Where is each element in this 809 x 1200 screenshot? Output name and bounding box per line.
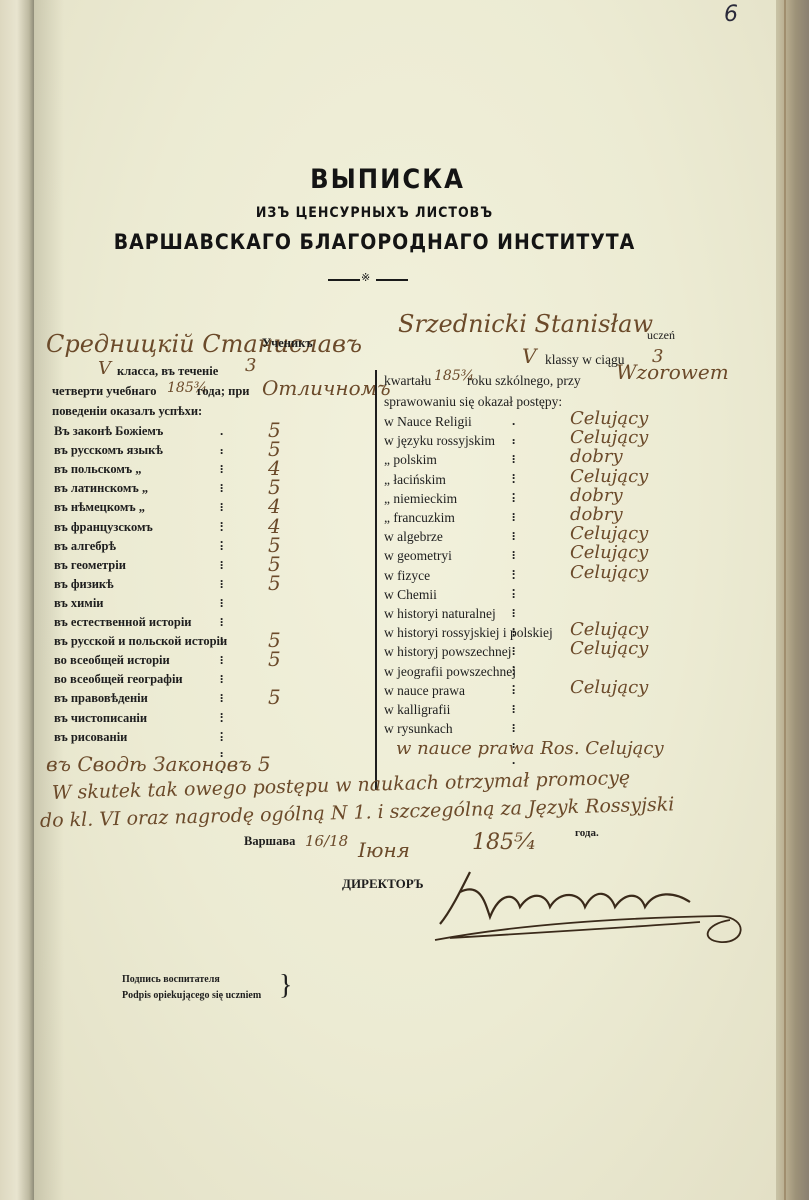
subject-label: w historyi naturalnej [384,606,496,622]
subject-label: w historyj powszechnej [384,644,511,660]
subject-grade: Celujący [570,466,648,487]
subject-label: „ niemieckim [384,491,457,507]
subject-grade: 5 [268,571,281,595]
subject-grade: Celujący [570,408,648,429]
class-value-pl: V [522,344,536,368]
subject-label: w algebrze [384,529,443,545]
page-number: 6 [724,2,738,27]
subject-label: „ francuzkim [384,510,455,526]
class-value-ru: V [98,358,111,379]
date-day: 16/18 [305,832,348,850]
quarter-label-pl: kwartału [384,373,431,389]
student-label-pl: uczeń [647,328,675,343]
date-month: Iюня [358,838,410,862]
subject-label: въ алгебрѣ [54,539,116,554]
place-label: Варшава [244,834,295,849]
year-label: года. [575,827,599,839]
subject-grade: Celujący [570,677,648,698]
subject-label: въ чистописаніи [54,711,147,726]
ornament-icon: ※ [361,271,370,284]
subject-label: въ русскомъ языкѣ [54,443,163,458]
subject-label: w fizyce [384,568,430,584]
brace-icon: } [279,970,292,1002]
subject-label: въ нѣмецкомъ „ [54,500,145,515]
document-subtitle: ИЗЪ ЦЕНСУРНЫХЪ ЛИСТОВЪ [0,205,779,221]
subject-grade: dobry [570,504,623,525]
subject-label: w Chemii [384,587,437,603]
ornament-divider: ※ [328,276,408,284]
subject-grade: 5 [268,685,281,709]
handwritten-note-pl: w nauce prawa Ros. Celujący [396,738,664,759]
subject-grade: Celujący [570,542,648,563]
class-label-ru: класса, въ теченіе [117,364,218,379]
date-year: 185⁵⁄₄ [472,830,535,855]
quarter-value-ru: 3 [245,355,256,376]
subject-label: въ французскомъ [54,520,153,535]
subject-label: въ рисованіи [54,730,127,745]
subject-label: во всеобщей географіи [54,672,183,687]
conduct-label-ru: поведеніи оказалъ успѣхи: [52,404,202,419]
subject-grade: 5 [268,647,281,671]
student-name-ru: Средницкiй Станиславъ [46,330,362,358]
director-label: ДИРЕКТОРЪ [342,876,424,892]
quarter-label-ru: четверти учебнаго [52,384,156,399]
signature-flourish-icon [430,862,750,952]
handwritten-note-ru: въ Сводѣ Законовъ 5 [46,752,271,776]
subject-label: w rysunkach [384,721,453,737]
subject-label: w nauce prawa [384,683,465,699]
subject-grade: Celujący [570,523,648,544]
subject-label: въ польскомъ „ [54,462,142,477]
institution-name: ВАРШАВСКАГО БЛАГОРОДНАГО ИНСТИТУТА [0,230,779,254]
subject-grade: dobry [570,446,623,467]
subject-label: w Nauce Religii [384,414,472,430]
subject-label: w geometryi [384,548,452,564]
student-label-ru: Ученикъ [262,336,313,351]
subject-label: въ геометріи [54,558,126,573]
subject-grade: dobry [570,485,623,506]
subject-grade: Celujący [570,562,648,583]
conduct-value-pl: Wzorowem [616,360,729,384]
conduct-label-pl: sprawowaniu się okazał postępy: [384,394,562,410]
subject-grade: Celujący [570,427,648,448]
subject-grade: Celujący [570,638,648,659]
year-label-ru: года; при [197,384,249,399]
subject-grade: Celujący [570,619,648,640]
document-title: ВЫПИСКА [0,164,792,195]
tutor-sign-label-pl: Podpis opiekującego się uczniem [122,990,261,1001]
column-divider [375,370,377,790]
subject-label: въ латинскомъ „ [54,481,148,496]
subject-label: „ polskim [384,452,437,468]
subject-label: въ естественной исторіи [54,615,192,630]
student-name-pl: Srzednicki Stanisław [398,310,653,338]
subject-label: въ химіи [54,596,104,611]
year-label-pl: roku szkólnego, przy [467,373,581,389]
class-label-pl: klassy w ciągu [545,352,624,368]
conduct-value-ru: Отличномъ [262,376,391,400]
subject-label: w jeografii powszechnej [384,664,516,680]
subject-label: въ физикѣ [54,577,114,592]
subject-label: въ правовѣденіи [54,691,148,706]
tutor-sign-label-ru: Подпись воспитателя [122,974,220,985]
subject-label: w historyi rossyjskiej i polskiej [384,625,553,641]
subject-label: въ русской и польской исторіи [54,634,227,649]
subject-label: Въ законѣ Божіемъ [54,424,163,439]
subject-label: „ łacińskim [384,472,446,488]
subject-label: w języku rossyjskim [384,433,495,449]
subject-label: во всеобщей исторіи [54,653,170,668]
director-signature: Чичеринъ [430,862,750,952]
subject-label: w kalligrafii [384,702,450,718]
